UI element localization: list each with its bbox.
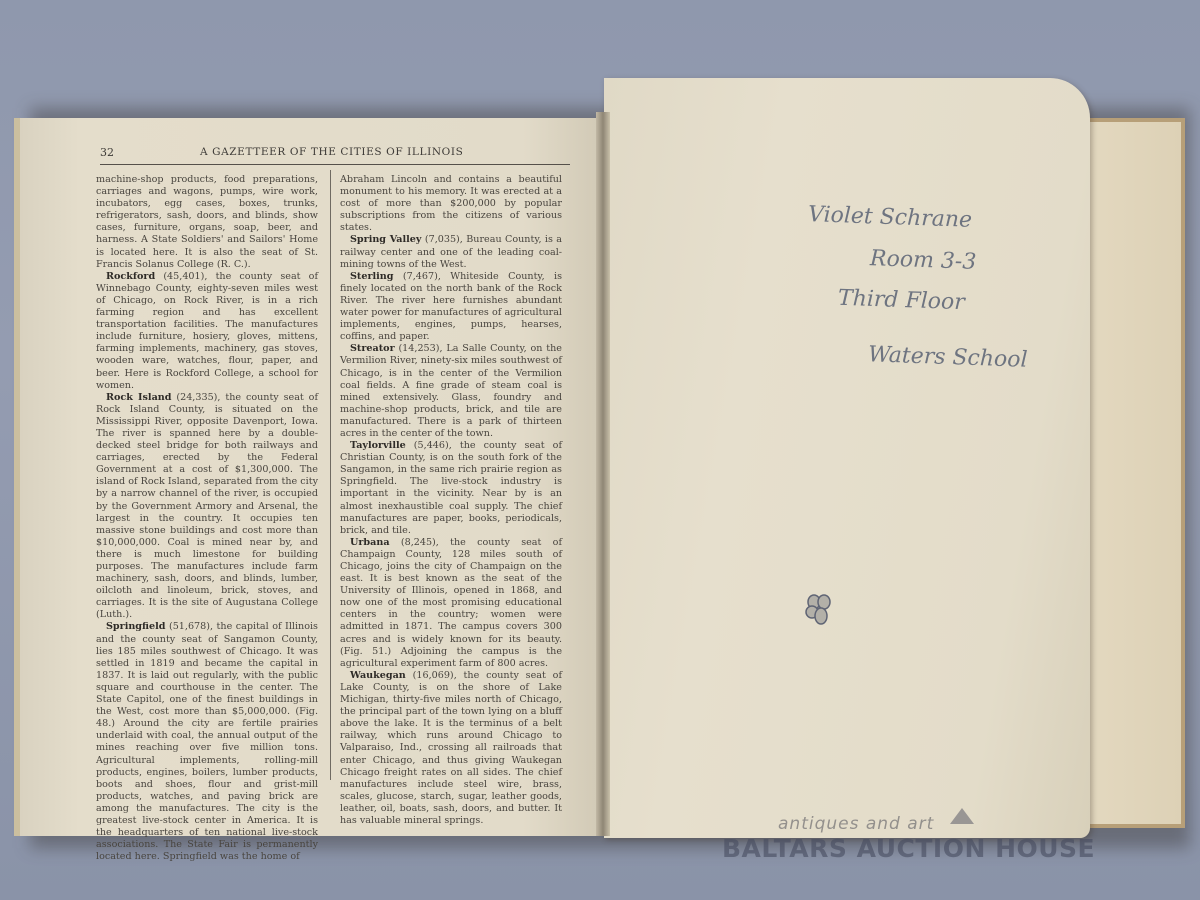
- entry-urbana: Urbana (8,245), the county seat of Champ…: [340, 537, 562, 670]
- entry-waukegan: Waukegan (16,069), the county seat of La…: [340, 670, 562, 827]
- left-text-column: machine-shop products, food preparations…: [96, 174, 318, 863]
- crown-icon: [950, 808, 974, 824]
- watermark-brand: BALTARS AUCTION HOUSE: [722, 834, 1095, 863]
- page-title: A GAZETTEER OF THE CITIES OF ILLINOIS: [200, 146, 463, 158]
- entry-text: Abraham Lincoln and contains a beautiful…: [340, 174, 562, 234]
- right-text-column: Abraham Lincoln and contains a beautiful…: [340, 174, 562, 827]
- right-endpaper: [604, 78, 1090, 838]
- entry-sterling: Sterling (7,467), Whiteside County, is f…: [340, 271, 562, 344]
- entry-spring-valley: Spring Valley (7,035), Bureau County, is…: [340, 234, 562, 270]
- entry-rock-island: Rock Island (24,335), the county seat of…: [96, 392, 318, 622]
- handwritten-room: Room 3-3: [870, 246, 977, 275]
- handwritten-floor: Third Floor: [838, 286, 966, 315]
- entry-rockford: Rockford (45,401), the county seat of Wi…: [96, 271, 318, 392]
- entry-taylorville: Taylorville (5,446), the county seat of …: [340, 440, 562, 537]
- book-spine-gutter: [596, 112, 610, 836]
- entry-springfield: Springfield (51,678), the capital of Ill…: [96, 621, 318, 863]
- watermark-tagline: antiques and art: [778, 814, 934, 834]
- page-number: 32: [100, 146, 114, 159]
- entry-text: machine-shop products, food preparations…: [96, 174, 318, 271]
- column-divider: [330, 170, 331, 780]
- entry-streator: Streator (14,253), La Salle County, on t…: [340, 343, 562, 440]
- flower-doodle-icon: [800, 590, 840, 630]
- running-head: 32 A GAZETTEER OF THE CITIES OF ILLINOIS: [100, 146, 570, 165]
